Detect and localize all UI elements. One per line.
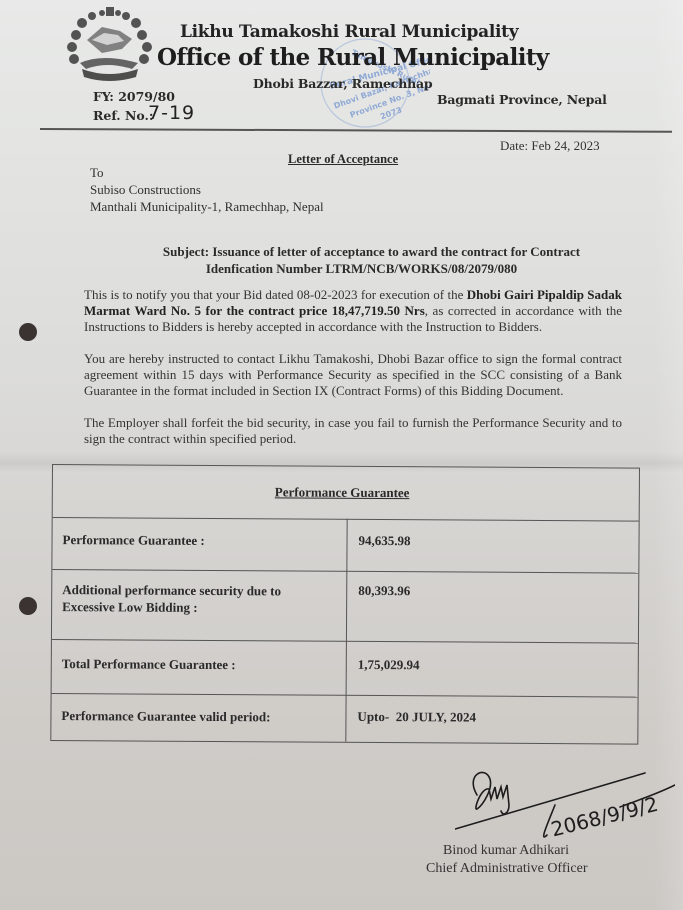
subject-line-1: Subject: Issuance of letter of acceptanc… (0, 243, 683, 260)
table-row: Total Performance Guarantee : 1,75,029.9… (52, 639, 638, 698)
table-caption-cell: Performance Guarantee (53, 465, 639, 522)
municipality-name: Likhu Tamakoshi Rural Municipality (180, 22, 518, 42)
recipient-block: To Subiso Constructions Manthali Municip… (90, 164, 324, 215)
signature-date: 2068/9/9/2 (549, 792, 661, 842)
performance-guarantee-table: Performance Guarantee Performance Guaran… (50, 464, 640, 745)
row-label: Total Performance Guarantee : (62, 655, 236, 673)
row-label: Performance Guarantee valid period: (61, 707, 270, 725)
nepal-emblem-icon (62, 5, 157, 83)
row-value: Upto- 20 JULY, 2024 (357, 709, 476, 726)
subject-line-2: Idenfication Number LTRM/NCB/WORKS/08/20… (0, 260, 683, 277)
subject: Subject: Issuance of letter of acceptanc… (0, 243, 683, 277)
paragraph-acceptance: This is to notify you that your Bid date… (84, 287, 622, 335)
recipient-address: Manthali Municipality-1, Ramechhap, Nepa… (90, 198, 324, 215)
row-label: Additional performance security due to E… (62, 581, 332, 617)
ref-number-handwritten: 7-19 (148, 102, 195, 124)
province: Bagmati Province, Nepal (437, 92, 607, 107)
table-row: Performance Guarantee valid period: Upto… (51, 693, 637, 744)
table-caption: Performance Guarantee (275, 484, 410, 501)
row-value: 94,635.98 (358, 533, 410, 549)
paragraph-instructions: You are hereby instructed to contact Lik… (84, 351, 622, 399)
signatory-title: Chief Administrative Officer (426, 861, 587, 877)
office-address: Dhobi Bazzar, Ramechhap (253, 76, 432, 91)
office-name: Office of the Rural Municipality (157, 44, 549, 71)
signatory-name: Binod kumar Adhikari (443, 843, 569, 859)
row-value: 1,75,029.94 (358, 657, 420, 673)
letter-date: Date: Feb 24, 2023 (500, 138, 600, 154)
row-value: 80,393.96 (358, 583, 410, 599)
ref-label: Ref. No.: (93, 108, 154, 123)
paragraph-forfeit: The Employer shall forfeit the bid secur… (84, 415, 622, 447)
row-label: Performance Guarantee : (62, 531, 204, 549)
signature-icon: 2068/9/9/2 (455, 765, 675, 850)
punch-hole-top (19, 323, 37, 341)
recipient-salutation: To (90, 164, 324, 181)
table-row: Additional performance security due to E… (52, 569, 638, 644)
recipient-name: Subiso Constructions (90, 181, 324, 198)
paragraph-acceptance-intro: This is to notify you that your Bid date… (84, 287, 467, 302)
punch-hole-bottom (19, 597, 37, 615)
table-row: Performance Guarantee : 94,635.98 (52, 517, 638, 574)
